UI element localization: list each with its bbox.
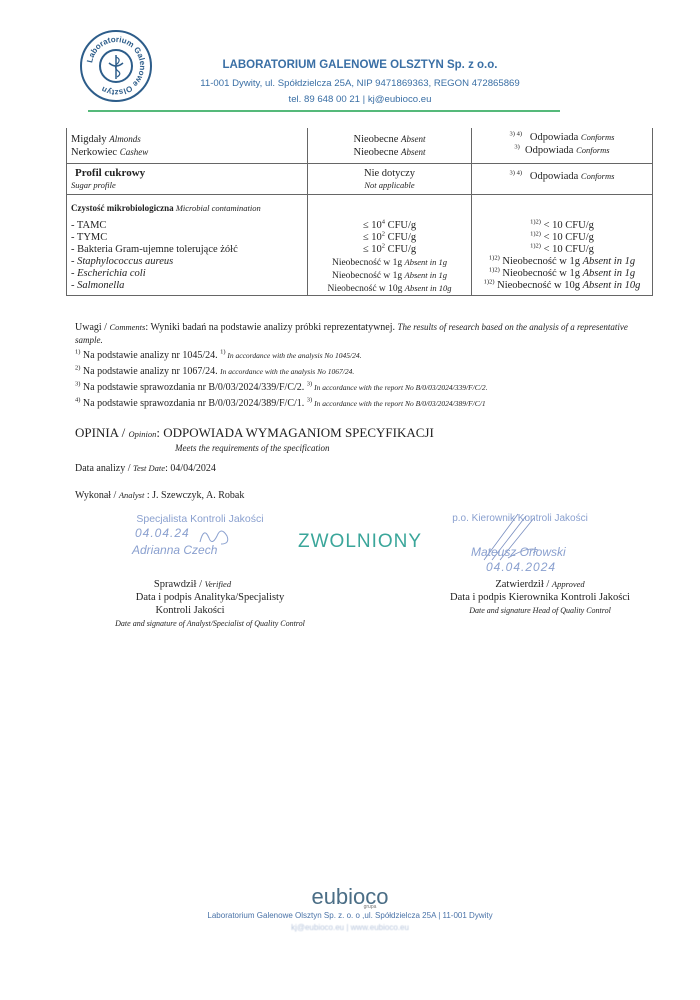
released-stamp: ZWOLNIONY [298,531,422,553]
micro-spec-list: ≤ 104 CFU/g≤ 102 CFU/g≤ 102 CFU/gNieobec… [312,220,467,295]
micro-spec-value: ≤ 104 CFU/g [312,220,467,232]
section-title: Czystość mikrobiologiczna Microbial cont… [71,202,303,214]
specialist-stamp-name: Adrianna Czech [132,543,217,557]
footnote: 3) Na podstawie sprawozdania nr B/0/03/2… [75,381,655,394]
company-contact: tel. 89 648 00 21 | kj@eubioco.eu [160,94,560,105]
opinion-subtitle: Meets the requirements of the specificat… [175,443,330,453]
micro-spec-value: Nieobecność w 10g Absent in 10g [312,282,467,295]
header-divider [88,110,560,112]
footnote: 4) Na podstawie sprawozdania nr B/0/03/2… [75,397,655,410]
micro-result-value: 1)2) < 10 CFU/g [476,232,648,244]
result-value: 3) Odpowiada Conforms [476,144,648,157]
head-signature-date: 04.04.2024 [486,560,556,574]
micro-result-value: 1)2) < 10 CFU/g [476,244,648,256]
allergen-name: Nerkowiec Cashew [71,146,303,159]
micro-result-value: 1)2) < 10 CFU/g [476,220,648,232]
micro-result-list: 1)2) < 10 CFU/g1)2) < 10 CFU/g1)2) < 10 … [476,220,648,292]
head-stamp-name: Mateusz Orłowski [471,545,566,559]
spec-value: Nie dotyczy [312,167,467,180]
result-value: 3) 4) Odpowiada Conforms [476,131,648,144]
approved-caption: Zatwierdził / Approved Data i podpis Kie… [415,578,665,617]
footnote: 1) Na podstawie analizy nr 1045/24. 1) I… [75,349,655,362]
footer-contact: kj@eubioco.eu | www.eubioco.eu [150,923,550,932]
caduceus-icon [99,49,133,83]
micro-test-name: - Staphylococcus aureus [71,256,303,268]
micro-spec-value: ≤ 102 CFU/g [312,232,467,244]
micro-spec-value: Nieobecność w 1g Absent in 1g [312,269,467,282]
table-row: Migdały Almonds Nerkowiec Cashew Nieobec… [67,128,653,164]
micro-test-name: - TYMC [71,232,303,244]
result-value: 3) 4) Odpowiada Conforms [476,170,648,183]
spec-value: Nieobecne Absent [312,133,467,146]
section-title: Profil cukrowy [71,167,303,180]
micro-spec-value: ≤ 102 CFU/g [312,244,467,256]
specialist-signature-date: 04.04.24 [135,526,190,540]
micro-test-name: - Salmonella [71,280,303,292]
table-row: Czystość mikrobiologiczna Microbial cont… [67,195,653,296]
micro-test-name: - TAMC [71,220,303,232]
results-table: Migdały Almonds Nerkowiec Cashew Nieobec… [66,128,653,296]
micro-result-value: 1)2) Nieobecność w 1g Absent in 1g [476,256,648,268]
micro-spec-value: Nieobecność w 1g Absent in 1g [312,256,467,269]
verified-caption: Sprawdził / Verified Data i podpis Anali… [80,578,340,630]
eubioco-logo-sub: grupa [250,904,450,910]
micro-result-value: 1)2) Nieobecność w 1g Absent in 1g [476,268,648,280]
company-name: LABORATORIUM GALENOWE OLSZTYN Sp. z o.o. [160,59,560,71]
micro-test-list: - TAMC- TYMC- Bakteria Gram-ujemne toler… [71,220,303,292]
spec-value: Nieobecne Absent [312,146,467,159]
table-row: Profil cukrowy Sugar profile Nie dotyczy… [67,164,653,195]
test-date: Data analizy / Test Date: 04/04/2024 [75,462,655,475]
micro-test-name: - Bakteria Gram-ujemne tolerujące żółć [71,244,303,256]
company-address: 11-001 Dywity, ul. Spółdzielcza 25A, NIP… [160,78,560,89]
opinion: OPINIA / Opinion: ODPOWIADA WYMAGANIOM S… [75,425,434,441]
spec-value-en: Not applicable [312,180,467,191]
allergen-name: Migdały Almonds [71,133,303,146]
footer-address: Laboratorium Galenowe Olsztyn Sp. z. o. … [150,911,550,920]
footnote: 2) Na podstawie analizy nr 1067/24. In a… [75,365,655,378]
micro-result-value: 1)2) Nieobecność w 10g Absent in 10g [476,280,648,292]
comments: Uwagi / Comments: Wyniki badań na podsta… [75,321,655,347]
section-subtitle: Sugar profile [71,180,303,191]
company-logo: Laboratorium Galenowe Olsztyn [80,30,152,102]
micro-test-name: - Escherichia coli [71,268,303,280]
analyst: Wykonał / Analyst : J. Szewczyk, A. Roba… [75,489,655,502]
